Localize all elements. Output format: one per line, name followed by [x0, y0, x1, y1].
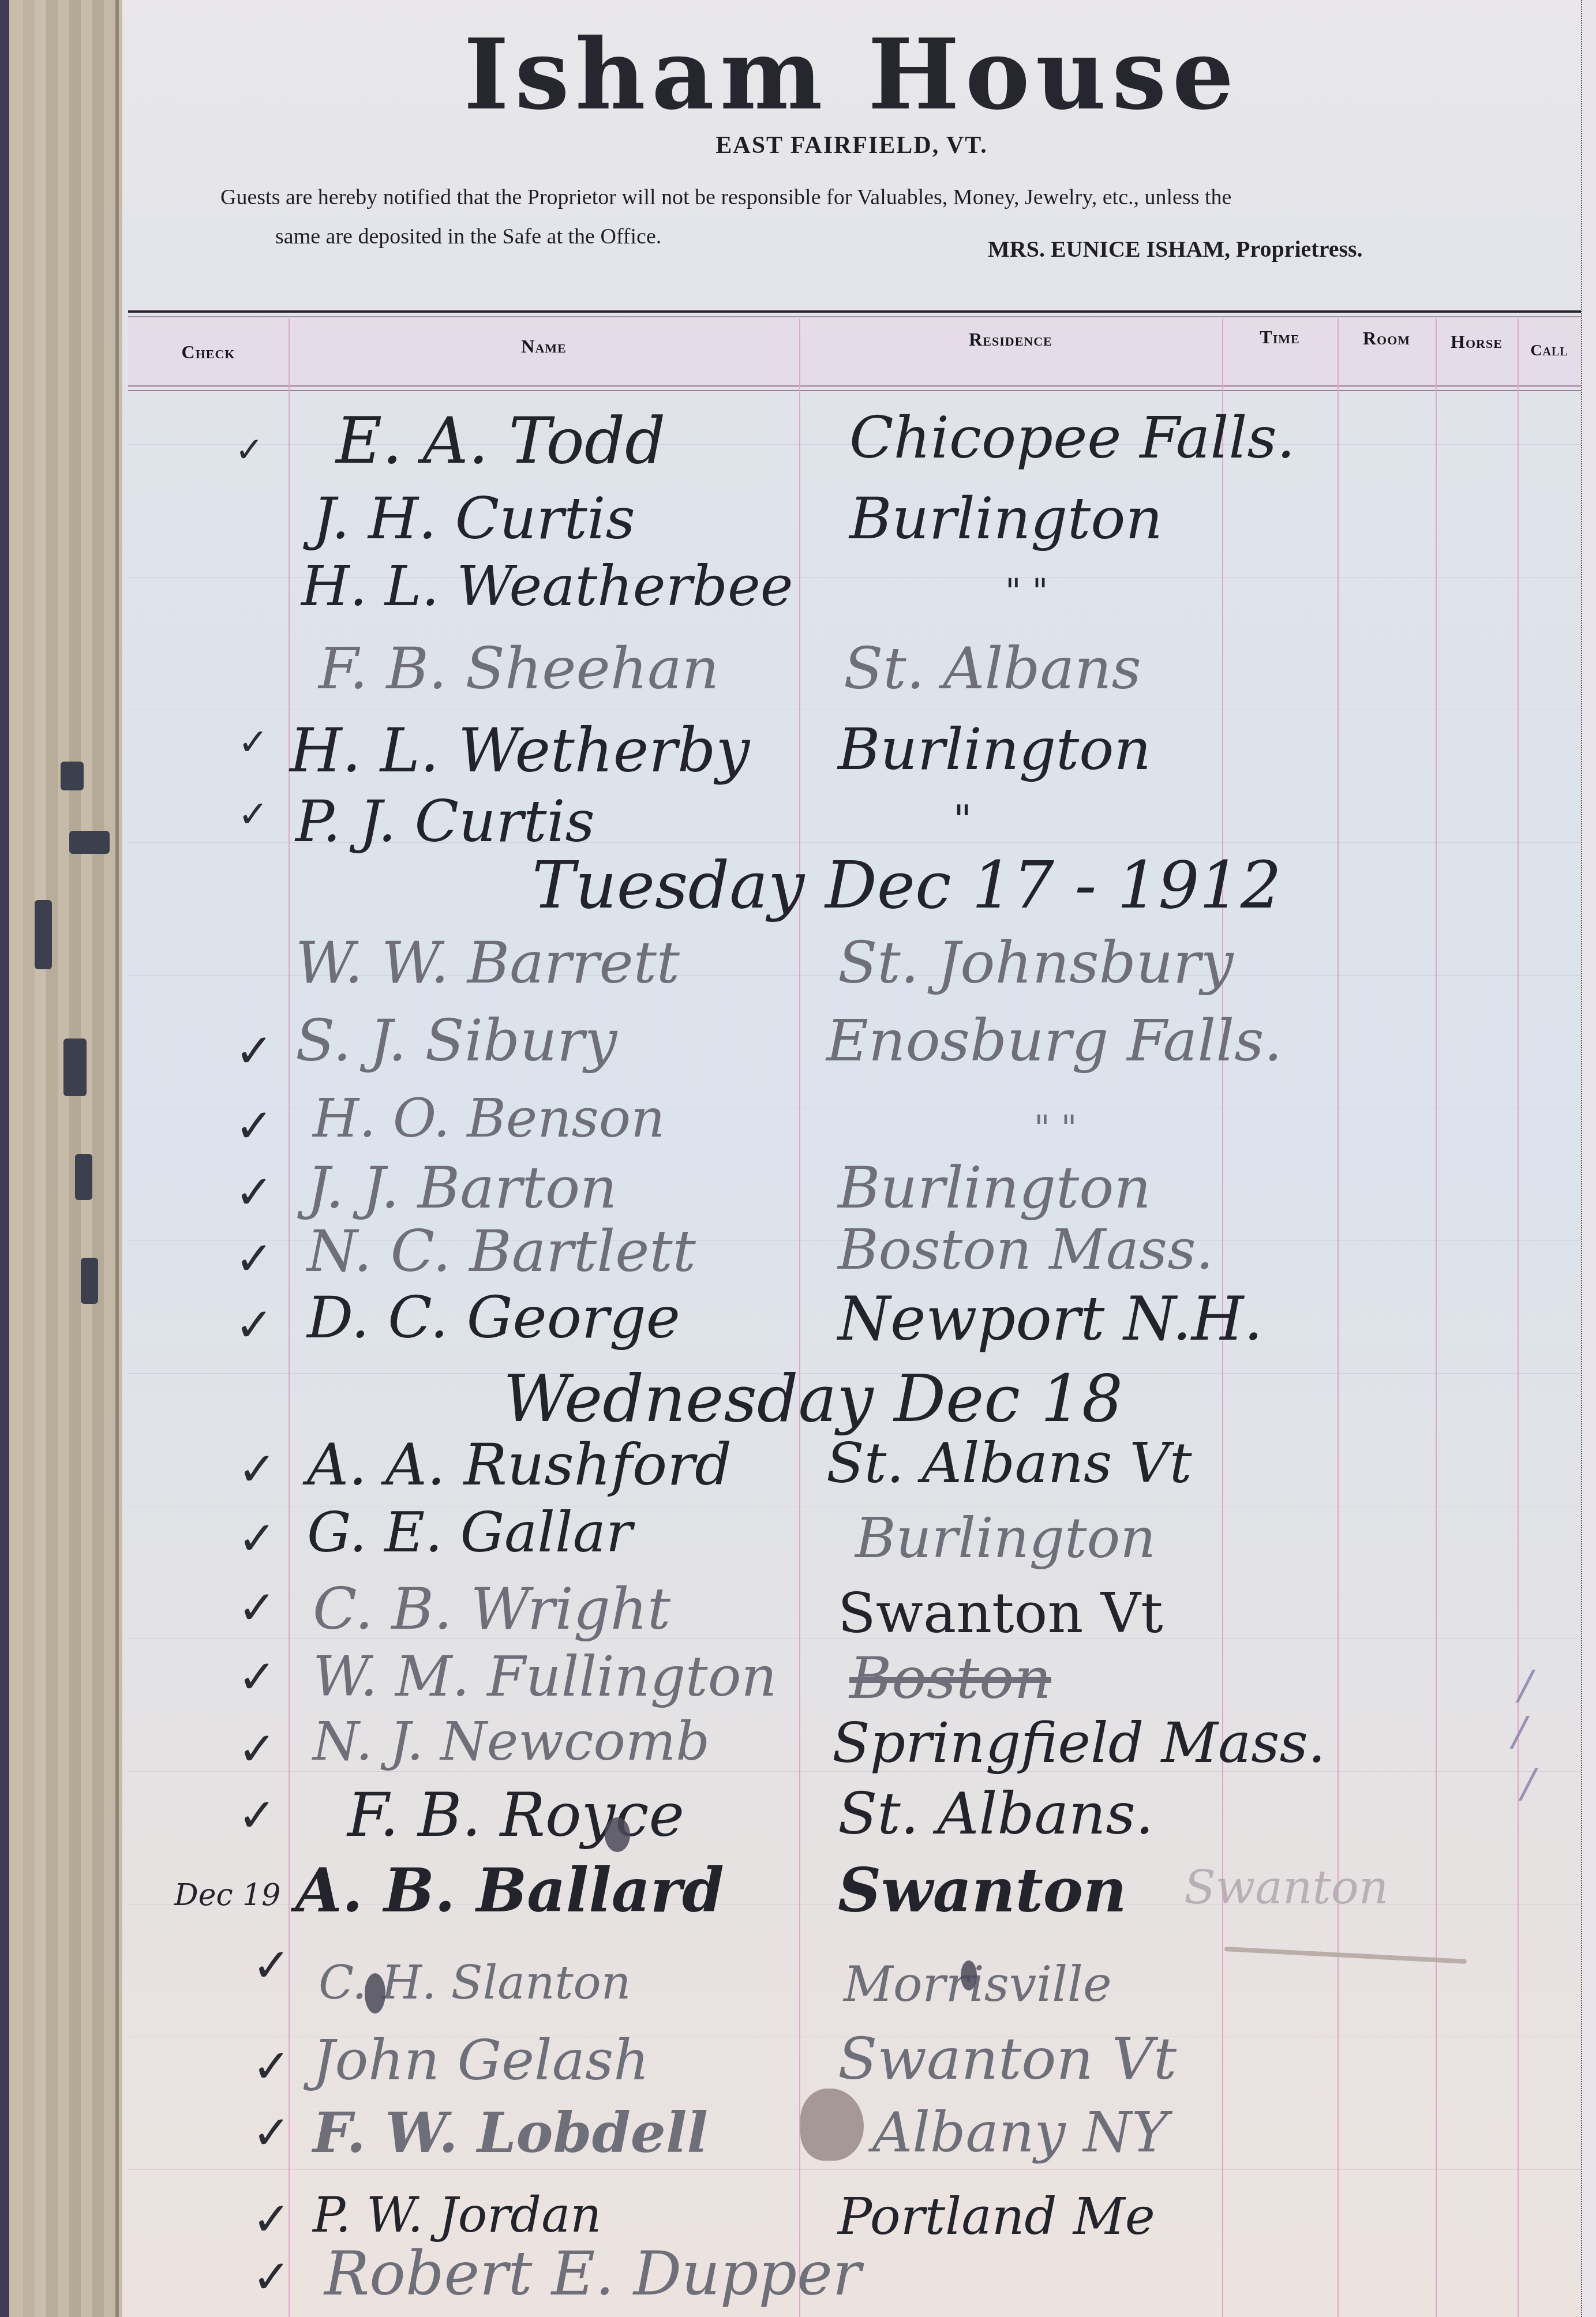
hotel-title: Isham House: [122, 17, 1581, 132]
guest-name: John Gelash: [313, 2028, 649, 2093]
ink-mark: [61, 762, 84, 790]
check-mark: ✓: [235, 1165, 274, 1219]
guest-residence: St. Albans Vt: [826, 1431, 1192, 1495]
header-rule: [128, 310, 1581, 313]
guest-residence: Burlington: [838, 715, 1151, 783]
guest-name: N. C. Bartlett: [307, 1217, 696, 1285]
guest-residence: Swanton Vt: [838, 2025, 1177, 2093]
guest-name: N. J. Newcomb: [313, 1711, 710, 1772]
guest-residence: Morrisville: [844, 1956, 1112, 2012]
guest-name: F. B. Royce: [347, 1780, 684, 1850]
notice-line-1: Guests are hereby notified that the Prop…: [220, 178, 1548, 217]
check-mark: ✓: [235, 1024, 274, 1078]
column-divider: [799, 318, 800, 2317]
column-header-call: Call: [1518, 342, 1581, 360]
guest-residence: Boston Mass.: [838, 1217, 1213, 1282]
guest-residence: Springfield Mass.: [832, 1711, 1325, 1775]
guest-name: C. B. Wright: [313, 1575, 670, 1643]
guest-residence: Albany NY: [872, 2100, 1168, 2165]
check-mark: ✓: [252, 2192, 291, 2246]
check-mark: ✓: [238, 793, 269, 836]
hotel-location: EAST FAIRFIELD, VT.: [122, 132, 1581, 159]
check-mark: ✓: [238, 1722, 276, 1776]
check-mark: ✓: [235, 1099, 274, 1153]
ink-mark: [63, 1038, 87, 1096]
guest-name: P. W. Jordan: [313, 2187, 601, 2243]
column-divider: [1518, 318, 1519, 2317]
guest-name: E. A. Todd: [336, 404, 665, 478]
guest-name: W. M. Fullington: [313, 1644, 777, 1709]
check-mark: ✓: [235, 430, 264, 470]
check-mark: ✓: [252, 1939, 291, 1992]
guest-residence: " ": [1034, 1108, 1077, 1148]
pencil-mark: /: [1513, 1708, 1527, 1755]
ink-mark: [35, 900, 52, 969]
column-header-name: Name: [289, 336, 799, 357]
guest-residence: Burlington: [849, 485, 1163, 552]
guest-name: J. H. Curtis: [313, 485, 635, 552]
ink-mark: [69, 831, 110, 854]
ink-blot: [961, 1960, 977, 1990]
header-rule: [128, 390, 1581, 391]
check-mark: ✓: [238, 721, 269, 764]
proprietor-name: MRS. EUNICE ISHAM, Proprietress.: [988, 235, 1363, 263]
guest-residence: ": [953, 796, 972, 843]
column-divider: [1436, 318, 1437, 2317]
check-mark: ✓: [238, 1650, 276, 1704]
ink-blot: [605, 1817, 630, 1852]
column-header-room: Room: [1338, 328, 1436, 349]
check-mark: ✓: [252, 2039, 291, 2093]
guest-residence: St. Albans: [844, 635, 1141, 702]
check-mark: ✓: [252, 2250, 291, 2304]
header-rule: [128, 385, 1581, 387]
guest-name: A. A. Rushford: [307, 1431, 732, 1498]
guest-name: H. L. Weatherbee: [301, 554, 793, 618]
next-page-edge: [1581, 0, 1596, 2317]
guest-residence: Boston: [849, 1644, 1051, 1712]
guest-residence: Burlington: [838, 1154, 1151, 1221]
ruled-line: [128, 2169, 1581, 2170]
guest-name: Robert E. Dupper: [324, 2239, 861, 2309]
ruled-line: [128, 710, 1581, 710]
pencil-note: Swanton: [1184, 1861, 1388, 1914]
date-note: Dec 19: [174, 1878, 280, 1913]
check-mark: ✓: [252, 2106, 291, 2159]
guest-name: F. B. Sheehan: [319, 635, 719, 702]
column-divider: [289, 318, 290, 2317]
guest-residence: Swanton Vt: [838, 1581, 1163, 1645]
check-mark: ✓: [238, 1442, 276, 1496]
guest-residence: Chicopee Falls.: [849, 404, 1295, 471]
guest-name: H. O. Benson: [313, 1088, 665, 1149]
check-mark: ✓: [238, 1789, 276, 1842]
water-stain: [800, 2089, 864, 2161]
guest-name: P. J. Curtis: [295, 788, 595, 855]
check-mark: ✓: [238, 1512, 276, 1565]
date-line: Wednesday Dec 18: [503, 1362, 1123, 1437]
guest-name: W. W. Barrett: [295, 929, 680, 996]
ink-mark: [81, 1258, 98, 1304]
column-header-time: Time: [1222, 327, 1338, 348]
guest-name: J. J. Barton: [307, 1154, 617, 1221]
guest-name: A. B. Ballard: [295, 1855, 724, 1926]
guest-residence: St. Albans.: [838, 1780, 1154, 1847]
guest-name: G. E. Gallar: [307, 1500, 632, 1565]
register-page: Isham House EAST FAIRFIELD, VT. Guests a…: [122, 0, 1581, 2317]
guest-residence: Newport N.H.: [838, 1284, 1262, 1354]
guest-residence: Enosburg Falls.: [826, 1007, 1282, 1074]
guest-name: H. L. Wetherby: [290, 715, 750, 786]
guest-name: S. J. Sibury: [295, 1007, 617, 1074]
pencil-mark: /: [1522, 1760, 1535, 1807]
guest-residence: " ": [1005, 571, 1048, 612]
column-header-residence: Residence: [799, 329, 1222, 350]
ink-mark: [75, 1154, 92, 1200]
book-page-edges: [0, 0, 124, 2317]
column-header-check: Check: [128, 342, 289, 363]
column-divider: [1338, 318, 1339, 2317]
pencil-underline: [1224, 1947, 1467, 1964]
column-header-horse: Horse: [1436, 331, 1518, 353]
guest-residence: Swanton: [838, 1855, 1127, 1926]
ink-blot: [365, 1973, 385, 2014]
guest-residence: Portland Me: [838, 2187, 1155, 2246]
pencil-mark: /: [1519, 1662, 1533, 1709]
header-rule: [128, 316, 1581, 317]
check-mark: ✓: [235, 1298, 274, 1352]
date-line: Tuesday Dec 17 - 1912: [532, 848, 1282, 923]
check-mark: ✓: [235, 1232, 274, 1285]
guest-name: D. C. George: [307, 1284, 680, 1351]
guest-name: F. W. Lobdell: [313, 2100, 708, 2165]
check-mark: ✓: [238, 1581, 276, 1634]
guest-residence: Burlington: [855, 1506, 1156, 1570]
guest-residence: St. Johnsbury: [838, 929, 1233, 996]
